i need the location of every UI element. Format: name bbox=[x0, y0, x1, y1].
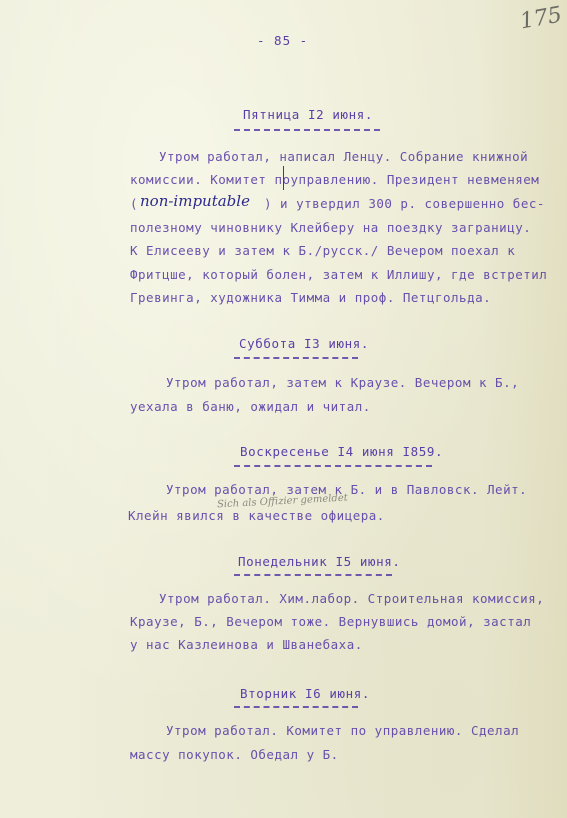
entry-line: Утром работал, затем к Краузе. Вечером к… bbox=[166, 375, 519, 390]
document-page: 175 - 85 - Пятница I2 июня. Утром работа… bbox=[0, 0, 567, 818]
entry-heading: Вторник I6 июня. bbox=[240, 686, 370, 701]
entry-heading: Суббота I3 июня. bbox=[239, 336, 369, 351]
entry-line: Утром работал, написал Ленцу. Собрание к… bbox=[159, 149, 528, 164]
entry-line: массу покупок. Обедал у Б. bbox=[130, 747, 339, 762]
entry-line: полезному чиновнику Клейберу на поездку … bbox=[130, 220, 531, 235]
heading-underline bbox=[234, 706, 358, 708]
entry-line: комиссии. Комитет поуправлению. Президен… bbox=[130, 172, 539, 187]
entry-line: К Елисееву и затем к Б./русск./ Вечером … bbox=[130, 243, 515, 258]
entry-line: ) и утвердил 300 р. совершенно бес- bbox=[264, 196, 545, 211]
entry-line: Фритцше, который болен, затем к Иллишу, … bbox=[130, 267, 547, 282]
entry-line: уехала в баню, ожидал и читал. bbox=[130, 399, 371, 414]
entry-line: Гревинга, художника Тимма и проф. Петцго… bbox=[130, 290, 491, 305]
heading-underline bbox=[234, 574, 392, 576]
heading-underline bbox=[234, 357, 358, 359]
entry-line: у нас Казлеинова и Шванебаха. bbox=[130, 637, 363, 652]
annotation-paren: ( bbox=[130, 196, 138, 211]
entry-line: Клейн явился в качестве офицера. bbox=[128, 508, 385, 523]
entry-line: Краузе, Б., Вечером тоже. Вернувшись дом… bbox=[130, 614, 531, 629]
handwritten-annotation: non-imputable bbox=[140, 192, 250, 210]
insertion-mark bbox=[283, 166, 284, 190]
page-number: - 85 - bbox=[257, 33, 308, 48]
entry-line: Утром работал. Комитет по управлению. Сд… bbox=[166, 723, 519, 738]
entry-line: Утром работал. Хим.лабор. Строительная к… bbox=[159, 591, 544, 606]
archive-folio-number: 175 bbox=[518, 3, 564, 35]
heading-underline bbox=[234, 129, 380, 131]
heading-underline bbox=[234, 465, 432, 467]
entry-heading: Пятница I2 июня. bbox=[243, 107, 373, 122]
entry-heading: Понедельник I5 июня. bbox=[238, 554, 401, 569]
entry-heading: Воскресенье I4 июня I859. bbox=[240, 444, 443, 459]
